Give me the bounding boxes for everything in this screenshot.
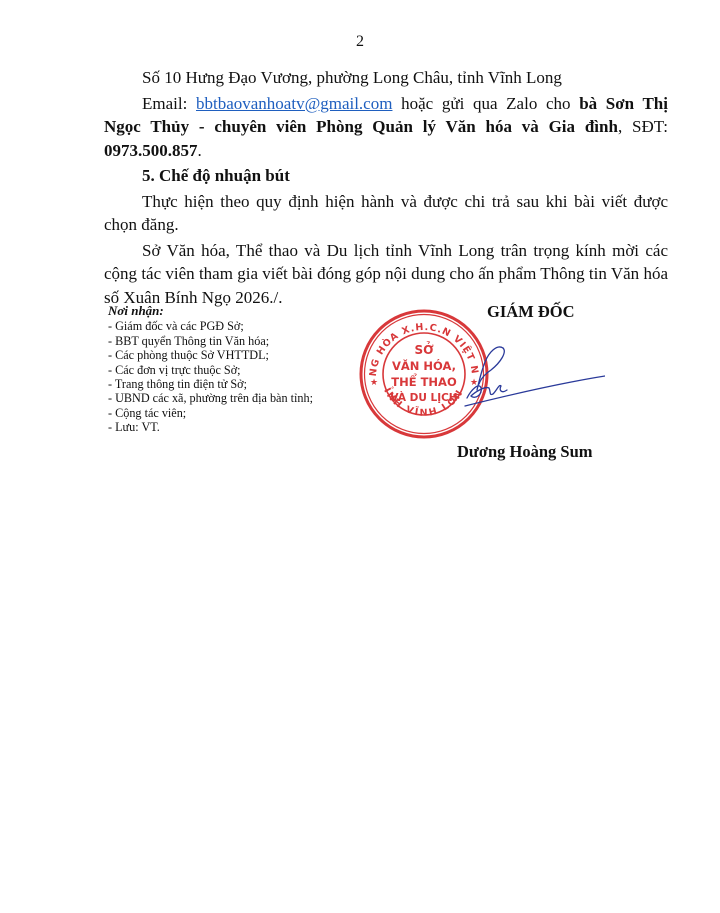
recipient-item: - Các đơn vị trực thuộc Sở;	[108, 363, 313, 377]
contact-paragraph: Email: bbtbaovanhoatv@gmail.com hoặc gửi…	[104, 92, 668, 163]
email-link[interactable]: bbtbaovanhoatv@gmail.com	[196, 94, 392, 113]
address-line: Số 10 Hưng Đạo Vương, phường Long Châu, …	[104, 66, 668, 90]
email-label: Email:	[142, 94, 196, 113]
page-number: 2	[0, 33, 720, 51]
recipient-item: - Cộng tác viên;	[108, 406, 313, 420]
recipient-item: - BBT quyển Thông tin Văn hóa;	[108, 334, 313, 348]
phone-label: , SĐT:	[618, 117, 668, 136]
stamp-star-left-icon: ★	[370, 377, 378, 387]
handwritten-signature-icon	[445, 340, 605, 420]
section-5-text: Thực hiện theo quy định hiện hành và đượ…	[104, 190, 668, 237]
phone-end: .	[198, 141, 202, 160]
document-body: Số 10 Hưng Đạo Vương, phường Long Châu, …	[104, 66, 668, 309]
zalo-text: hoặc gửi qua Zalo cho	[392, 94, 579, 113]
recipients-title: Nơi nhận:	[108, 304, 313, 318]
recipient-item: - Lưu: VT.	[108, 420, 313, 434]
closing-paragraph: Sở Văn hóa, Thể thao và Du lịch tỉnh Vĩn…	[104, 239, 668, 310]
recipients-block: Nơi nhận: - Giám đốc và các PGĐ Sở; - BB…	[108, 304, 313, 435]
recipient-item: - Các phòng thuộc Sở VHTTDL;	[108, 348, 313, 362]
signature-title: GIÁM ĐỐC	[487, 302, 575, 322]
recipient-item: - Giám đốc và các PGĐ Sở;	[108, 319, 313, 333]
signer-name: Dương Hoàng Sum	[457, 442, 593, 462]
recipient-item: - Trang thông tin điện tử Sở;	[108, 377, 313, 391]
section-5-heading: 5. Chế độ nhuận bút	[104, 164, 668, 188]
recipient-item: - UBND các xã, phường trên địa bàn tỉnh;	[108, 391, 313, 405]
phone-number: 0973.500.857	[104, 141, 198, 160]
stamp-line: SỞ	[414, 341, 434, 357]
